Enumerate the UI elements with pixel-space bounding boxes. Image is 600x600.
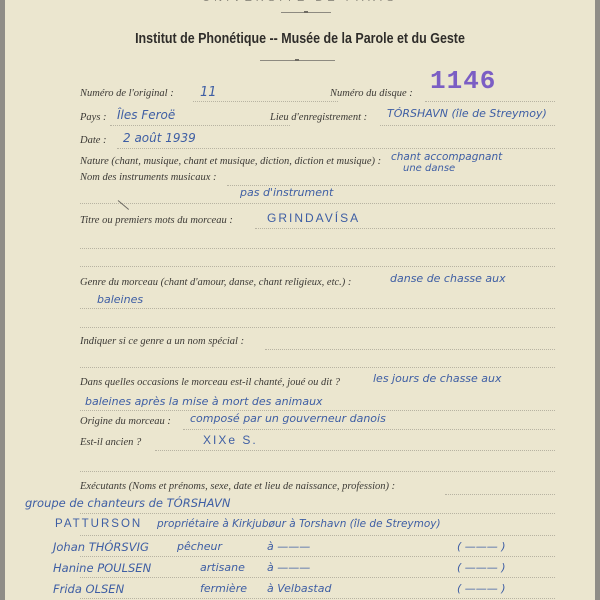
nature-label: Nature (chant, musique, chant et musique… xyxy=(80,156,381,167)
original-number-label: Numéro de l'original : xyxy=(80,88,174,99)
performer-detail: fermière xyxy=(200,582,247,595)
ancient-line-2 xyxy=(80,471,555,472)
performer-place: à Velbastad xyxy=(267,582,331,595)
title-line-3 xyxy=(80,266,555,267)
performers-line-5 xyxy=(80,577,555,578)
university-header: UNIVERSITÉ DE PARIS xyxy=(5,0,595,4)
ornament-dot xyxy=(304,11,308,13)
date-value: 2 août 1939 xyxy=(123,131,196,145)
performer-name: Frida OLSEN xyxy=(53,582,124,596)
performer-name: PATTURSON xyxy=(55,518,142,530)
recording-place-value: TÓRSHAVN (île de Streymoy) xyxy=(387,107,547,120)
performer-name: Johan THÓRSVIG xyxy=(53,540,149,554)
performer-place: à ——— xyxy=(267,561,310,574)
institute-title: Institut de Phonétique -- Musée de la Pa… xyxy=(46,31,553,47)
ancient-value: XIXe S. xyxy=(203,433,258,447)
date-label: Date : xyxy=(80,135,107,146)
nature-value-line1: chant accompagnant xyxy=(391,151,502,163)
nature-value-line2: une danse xyxy=(403,163,455,174)
performers-line-6 xyxy=(80,598,555,599)
original-number-value: 11 xyxy=(200,85,217,100)
performer-paren: ( ——— ) xyxy=(457,561,506,574)
performer-paren: ( ——— ) xyxy=(457,582,506,595)
performers-line xyxy=(445,494,555,495)
genre-line-3 xyxy=(80,327,555,328)
special-name-label: Indiquer si ce genre a un nom spécial : xyxy=(80,336,244,347)
occasions-line-2 xyxy=(80,410,555,411)
title-line xyxy=(255,228,555,229)
genre-line-2 xyxy=(80,308,555,309)
pencil-mark xyxy=(118,200,129,210)
recording-place-label: Lieu d'enregistrement : xyxy=(270,112,367,123)
special-name-line xyxy=(265,349,555,350)
disc-number-stamp: 1146 xyxy=(430,66,496,96)
ancient-label: Est-il ancien ? xyxy=(80,437,141,448)
origin-label: Origine du morceau : xyxy=(80,416,171,427)
title-label: Titre ou premiers mots du morceau : xyxy=(80,215,233,226)
archive-form-page: UNIVERSITÉ DE PARIS Institut de Phonétiq… xyxy=(5,0,595,600)
country-label: Pays : xyxy=(80,112,107,123)
instruments-value: pas d'instrument xyxy=(240,186,333,199)
performer-detail: propriétaire à Kirkjubøur à Torshavn (îl… xyxy=(157,518,441,530)
original-number-line xyxy=(193,101,338,102)
special-name-line-2 xyxy=(80,367,555,368)
ancient-line xyxy=(155,450,555,451)
performers-line-3 xyxy=(80,535,555,536)
origin-line xyxy=(183,429,555,430)
origin-value: composé par un gouverneur danois xyxy=(190,412,386,425)
performers-line-2 xyxy=(80,513,555,514)
disc-number-label: Numéro du disque : xyxy=(330,88,413,99)
instruments-line-2 xyxy=(80,203,555,204)
occasions-value-line1: les jours de chasse aux xyxy=(373,372,502,385)
performers-line-4 xyxy=(80,556,555,557)
recording-place-line xyxy=(380,125,555,126)
genre-value-line2: baleines xyxy=(97,293,143,306)
occasions-value-line2: baleines après la mise à mort des animau… xyxy=(85,395,323,408)
date-line xyxy=(117,148,555,149)
disc-number-line xyxy=(425,101,555,102)
genre-value-line1: danse de chasse aux xyxy=(390,272,506,285)
country-line xyxy=(110,125,290,126)
title-value: GRINDAVÍSA xyxy=(267,211,360,225)
performer-paren: ( ——— ) xyxy=(457,540,506,553)
country-value: Îles Feroë xyxy=(117,108,175,122)
performers-group: groupe de chanteurs de TÓRSHAVN xyxy=(25,496,230,510)
performer-detail: artisane xyxy=(200,561,245,574)
title-line-2 xyxy=(80,248,555,249)
performer-name: Hanine POULSEN xyxy=(53,561,151,575)
ornament-dot xyxy=(295,59,299,61)
performer-place: à ——— xyxy=(267,540,310,553)
occasions-label: Dans quelles occasions le morceau est-il… xyxy=(80,377,340,388)
performer-detail: pêcheur xyxy=(177,540,222,553)
instruments-label: Nom des instruments musicaux : xyxy=(80,172,217,183)
performers-label: Exécutants (Noms et prénoms, sexe, date … xyxy=(80,481,395,492)
genre-label: Genre du morceau (chant d'amour, danse, … xyxy=(80,277,351,288)
